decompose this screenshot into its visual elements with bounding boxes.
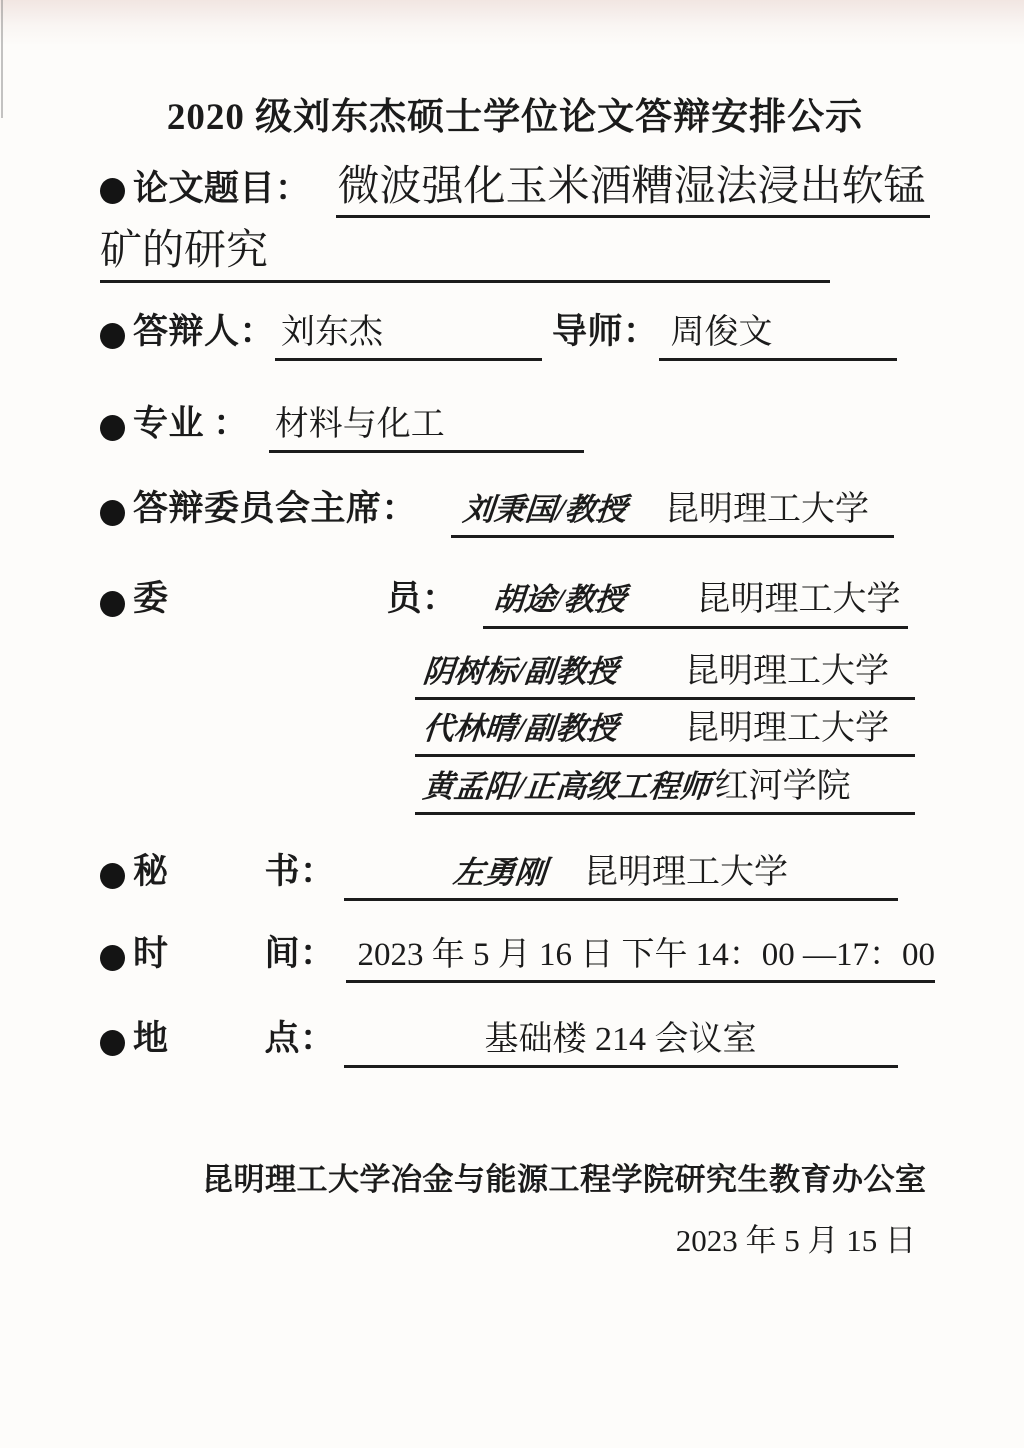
secretary-name: 左勇刚 bbox=[451, 853, 548, 893]
location-label-right: 点： bbox=[265, 1016, 336, 1062]
committee-member-field: 代林晴/副教授 昆明理工大学 bbox=[415, 707, 915, 757]
time-label-left: 时 bbox=[133, 931, 169, 977]
page-title: 2020 级刘东杰硕士学位论文答辩安排公示 bbox=[100, 94, 930, 142]
committee-member-field: 阴树标/副教授 昆明理工大学 bbox=[415, 650, 915, 700]
time-value: 2023 年 5 月 16 日 下午 14：00 —17：00 bbox=[346, 934, 936, 983]
bullet-icon bbox=[100, 500, 125, 526]
location-value: 基础楼 214 会议室 bbox=[344, 1018, 898, 1068]
bullet-icon bbox=[100, 945, 125, 971]
major-row: 专业 ： 材料与化工 bbox=[100, 401, 930, 453]
secretary-field: 左勇刚 昆明理工大学 bbox=[344, 851, 898, 901]
committee-label-left: 委 bbox=[133, 576, 169, 622]
major-label: 专业 ： bbox=[133, 401, 249, 447]
committee-chair-field: 刘秉国/教授 昆明理工大学 bbox=[451, 488, 894, 538]
thesis-title-row: 论文题目： 微波强化玉米酒糟湿法浸出软锰 bbox=[100, 162, 930, 218]
committee-chair-name: 刘秉国/教授 bbox=[461, 490, 663, 530]
committee-member-affiliation: 昆明理工大学 bbox=[685, 653, 889, 690]
committee-member-affiliation: 红河学院 bbox=[715, 768, 851, 805]
bullet-icon bbox=[100, 415, 125, 441]
bullet-icon bbox=[100, 178, 125, 204]
secretary-label-right: 书： bbox=[265, 849, 336, 895]
defender-label: 答辩人： bbox=[133, 309, 275, 355]
supervisor-name: 周俊文 bbox=[659, 311, 897, 361]
committee-member-affiliation: 昆明理工大学 bbox=[697, 581, 901, 618]
location-row: 地 点： 基础楼 214 会议室 bbox=[100, 1016, 930, 1068]
document-content: 2020 级刘东杰硕士学位论文答辩安排公示 论文题目： 微波强化玉米酒糟湿法浸出… bbox=[0, 94, 1024, 1261]
thesis-title-label: 论文题目： bbox=[133, 166, 311, 212]
committee-member-affiliation: 昆明理工大学 bbox=[685, 710, 889, 747]
bullet-icon bbox=[100, 1030, 125, 1056]
committee-member-row: 阴树标/副教授 昆明理工大学 bbox=[415, 650, 930, 700]
secretary-label-left: 秘 bbox=[133, 849, 169, 895]
major-value: 材料与化工 bbox=[269, 403, 584, 453]
committee-chair-row: 答辩委员会主席： 刘秉国/教授 昆明理工大学 bbox=[100, 486, 930, 538]
scan-top-artifact bbox=[0, 0, 1024, 46]
committee-member-name: 阴树标/副教授 bbox=[421, 652, 683, 692]
committee-member-row: 代林晴/副教授 昆明理工大学 bbox=[415, 707, 930, 757]
committee-label-right: 员： bbox=[387, 576, 458, 622]
thesis-title-line1: 微波强化玉米酒糟湿法浸出软锰 bbox=[336, 162, 930, 218]
time-row: 时 间： 2023 年 5 月 16 日 下午 14：00 —17：00 bbox=[100, 931, 930, 983]
secretary-row: 秘 书： 左勇刚 昆明理工大学 bbox=[100, 849, 930, 901]
secretary-affiliation: 昆明理工大学 bbox=[584, 854, 788, 891]
bullet-icon bbox=[100, 323, 125, 349]
issue-date: 2023 年 5 月 15 日 bbox=[100, 1221, 930, 1261]
defender-row: 答辩人： 刘东杰 导师： 周俊文 bbox=[100, 309, 930, 361]
committee-member-row: 黄孟阳/正高级工程师 红河学院 bbox=[415, 765, 930, 815]
bullet-icon bbox=[100, 863, 125, 889]
committee-member-field: 胡途/教授 昆明理工大学 bbox=[483, 578, 908, 628]
location-label-left: 地 bbox=[133, 1016, 169, 1062]
committee-member-name: 代林晴/副教授 bbox=[421, 709, 683, 749]
committee-chair-label: 答辩委员会主席： bbox=[133, 486, 417, 532]
issuing-office: 昆明理工大学冶金与能源工程学院研究生教育办公室 bbox=[202, 1160, 930, 1200]
thesis-title-row-continued: 矿的研究 bbox=[100, 226, 930, 282]
defender-name: 刘东杰 bbox=[275, 311, 542, 361]
time-label-right: 间： bbox=[265, 931, 336, 977]
committee-member-name: 黄孟阳/正高级工程师 bbox=[421, 767, 712, 807]
bullet-icon bbox=[100, 591, 125, 617]
committee-member-field: 黄孟阳/正高级工程师 红河学院 bbox=[415, 765, 915, 815]
committee-chair-affiliation: 昆明理工大学 bbox=[665, 491, 869, 528]
committee-member-row: 委 员： 胡途/教授 昆明理工大学 bbox=[100, 576, 930, 628]
supervisor-label: 导师： bbox=[552, 309, 659, 355]
thesis-title-line2: 矿的研究 bbox=[100, 226, 830, 282]
committee-member-name: 胡途/教授 bbox=[491, 580, 695, 620]
document-page: 2020 级刘东杰硕士学位论文答辩安排公示 论文题目： 微波强化玉米酒糟湿法浸出… bbox=[0, 0, 1024, 1448]
